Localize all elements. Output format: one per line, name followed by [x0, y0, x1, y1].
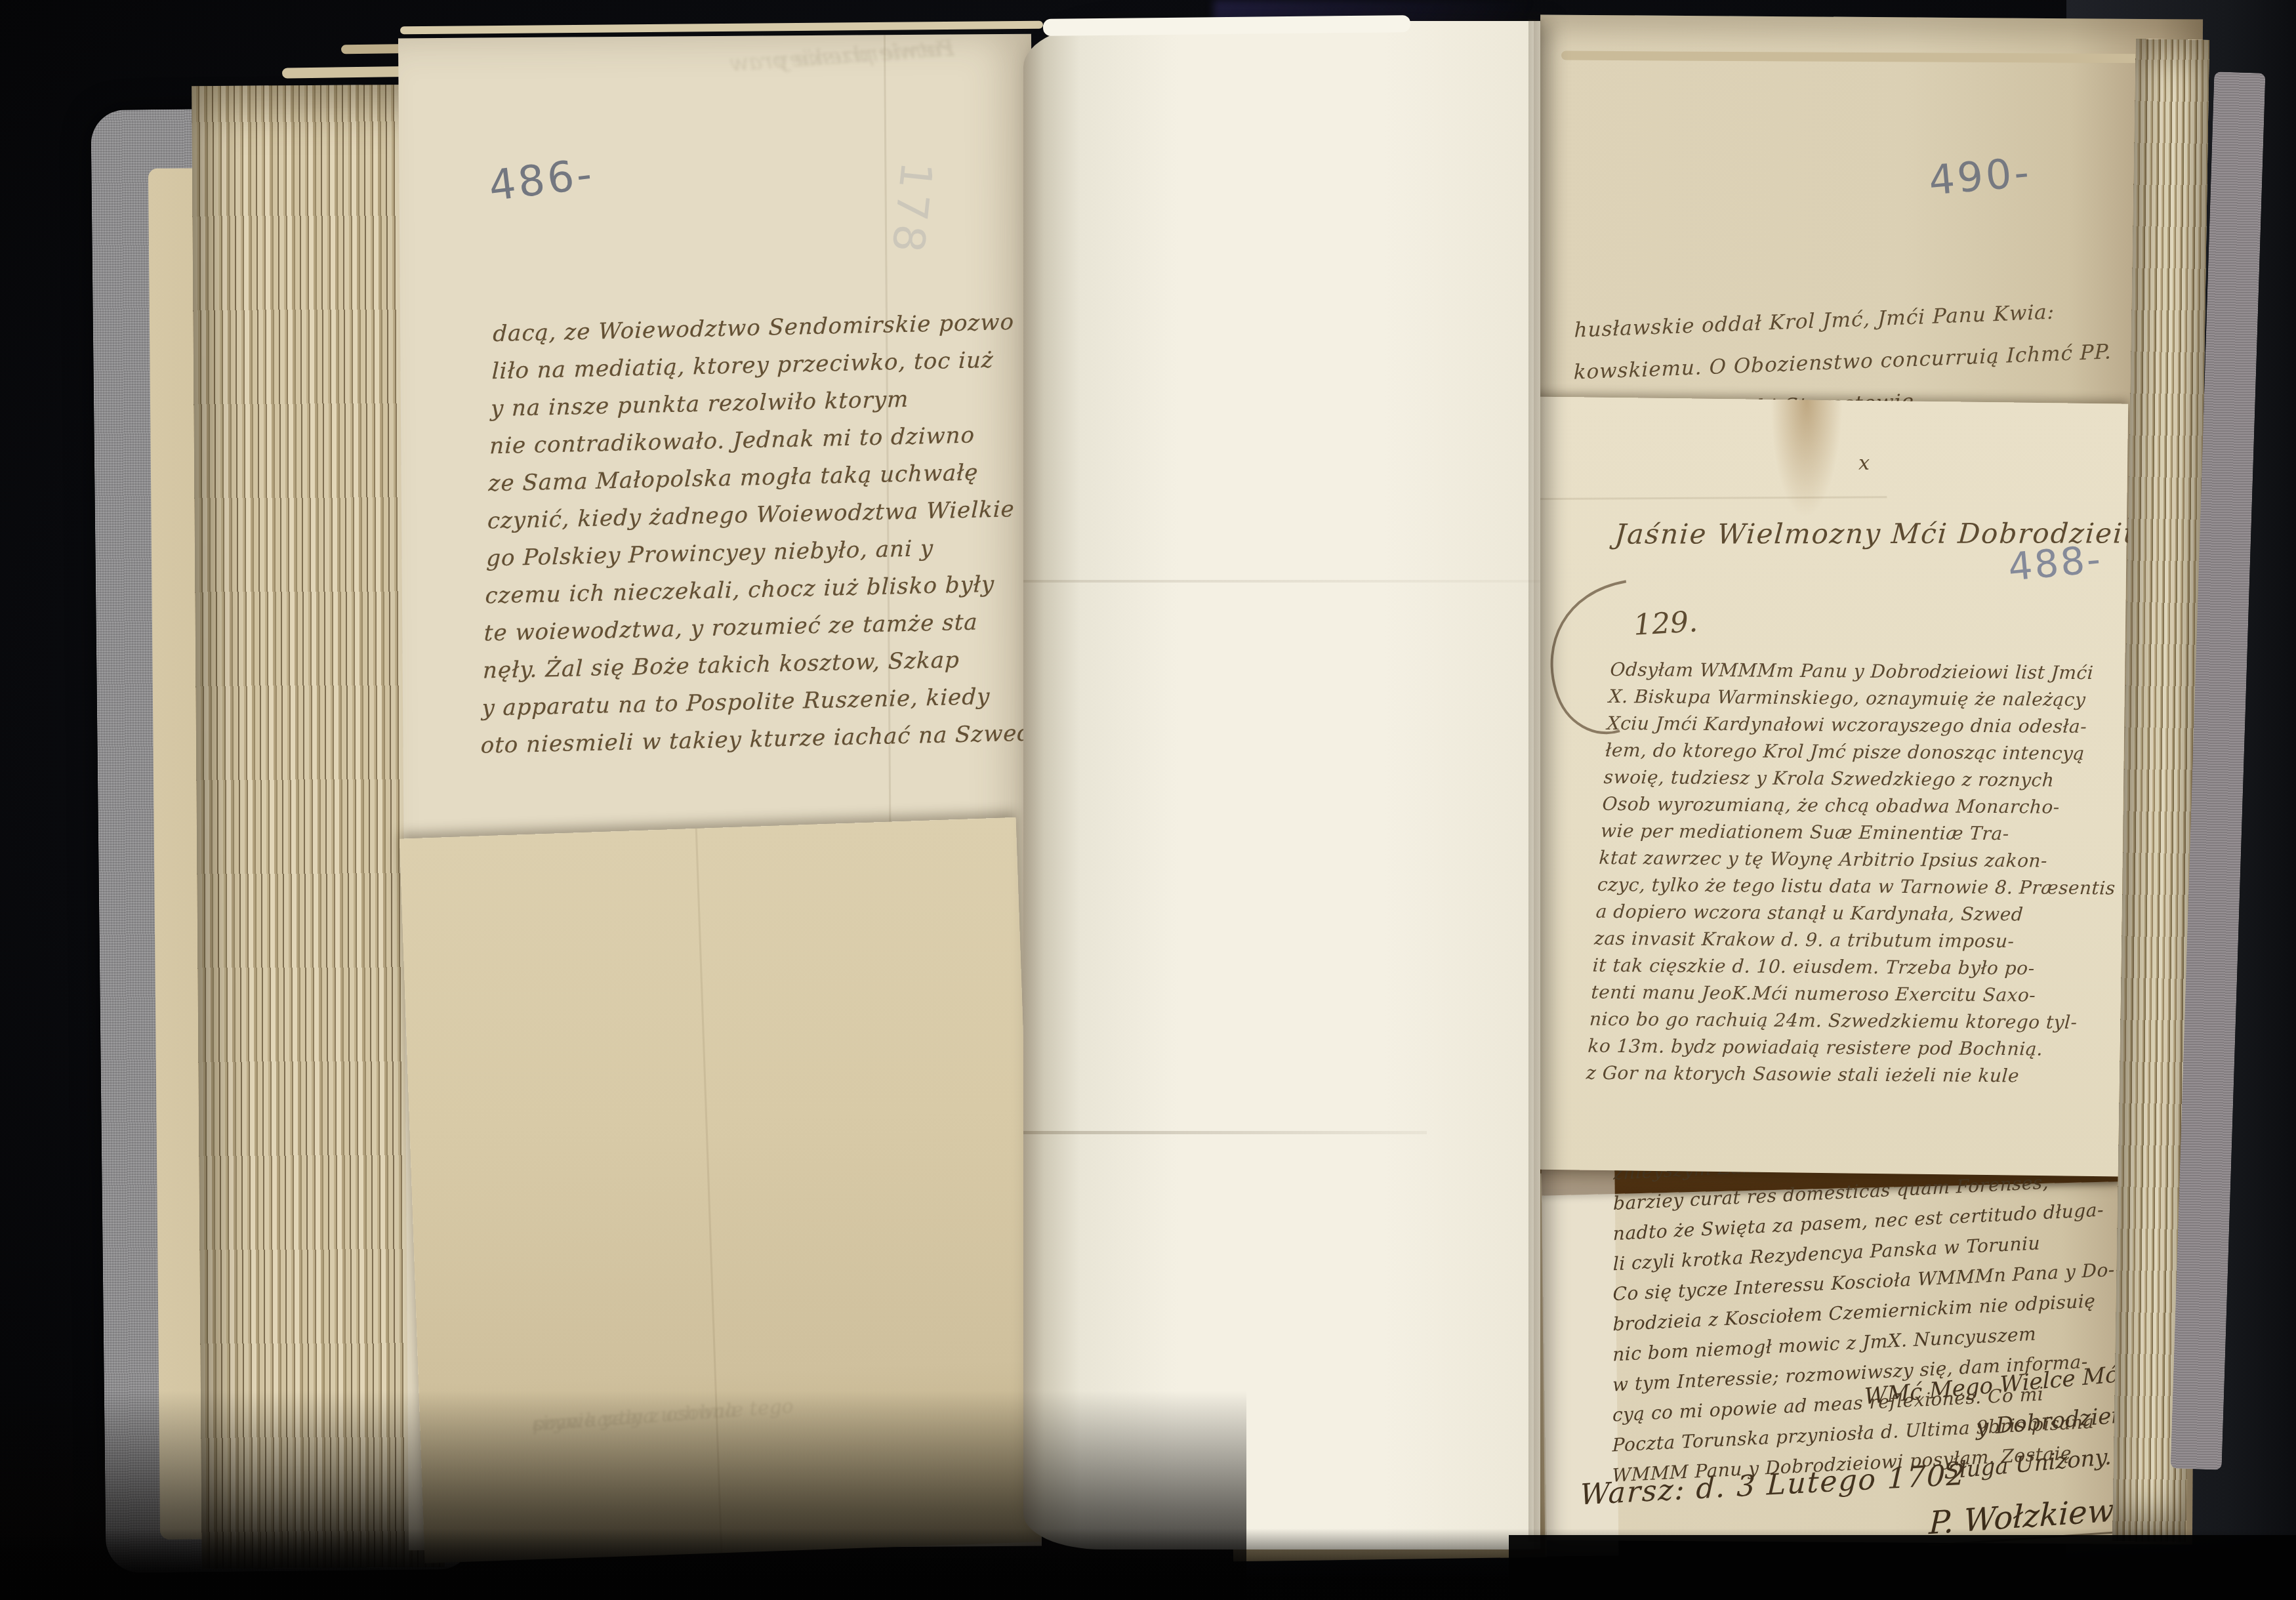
handwritten-line: swoię, tudziesz y Krola Szwedzkiego z ro…: [1603, 764, 2110, 794]
handwritten-line: z Gor na ktorych Sasowie stali ieżeli ni…: [1586, 1059, 2092, 1090]
deckle-edge: [1043, 15, 1410, 36]
sheet-crease: [1023, 1131, 1427, 1134]
pencil-folio-number-490: 490-: [1927, 148, 2033, 204]
handwritten-line: wie per mediationem Suæ Eminentiæ Tra-: [1600, 817, 2106, 848]
gutter-shadow: [1528, 20, 1546, 1542]
handwritten-line: Xciu Jmći Kardynałowi wczorayszego dnia …: [1607, 710, 2113, 740]
handwritten-line: zas invasit Krakow d. 9. a tributum impo…: [1593, 925, 2100, 955]
x-mark: x: [1858, 452, 1870, 475]
handwritten-line: czyc, tylko że tego listu data w Tarnowi…: [1597, 871, 2103, 901]
sheet-crease: [1023, 580, 1540, 583]
handwritten-line: ktat zawrzec y tę Woynę Arbitrio Ipsius …: [1598, 844, 2104, 874]
handwritten-line: nico bo go rachuią 24m. Szwedzkiemu ktor…: [1589, 1006, 2095, 1036]
handwritten-line: it tak cięszkie d. 10. eiusdem. Trzeba b…: [1592, 952, 2099, 982]
adhesive-stain: [1769, 400, 1843, 518]
archival-number-129: 129.: [1633, 605, 1699, 642]
pencil-folio-number-488: 488-: [2006, 537, 2104, 590]
handwritten-line: Odsyłam WMMMm Panu y Dobrodzieiowi list …: [1609, 656, 2116, 686]
center-blank-sheet: [1023, 21, 1540, 1549]
shadow-bottom-right: [1509, 1535, 2296, 1600]
handwritten-line: ko 13m. bydz powiadaią resistere pod Boc…: [1587, 1033, 2093, 1063]
handwritten-line: łem, do ktorego Krol Jmć pisze donosząc …: [1605, 737, 2111, 767]
inserted-letter-sheet: x Jaśnie Wielmozny Mći Dobrodzieiu 129. …: [1519, 396, 2128, 1176]
archival-manuscript-photo: Potwierdzenie prawziemie pruskiey 486- 1…: [0, 0, 2296, 1600]
handwritten-line: tenti manu JeoK.Mći numeroso Exercitu Sa…: [1590, 979, 2097, 1009]
handwritten-line: a dopiero wczora stanął u Kardynała, Szw…: [1595, 898, 2102, 928]
handwritten-line: Osob wyrozumianą, że chcą obadwa Monarch…: [1601, 790, 2108, 821]
left-page-handwriting: dacą, ze Woiewodztwo Sendomirskie pozwol…: [480, 303, 1038, 764]
bleedthrough-folio-number: 178: [882, 159, 942, 258]
letter-body-handwriting: Odsyłam WMMMm Panu y Dobrodzieiowi list …: [1586, 656, 2116, 1090]
handwritten-line: X. Biskupa Warminskiego, oznaymuię że na…: [1608, 683, 2114, 713]
